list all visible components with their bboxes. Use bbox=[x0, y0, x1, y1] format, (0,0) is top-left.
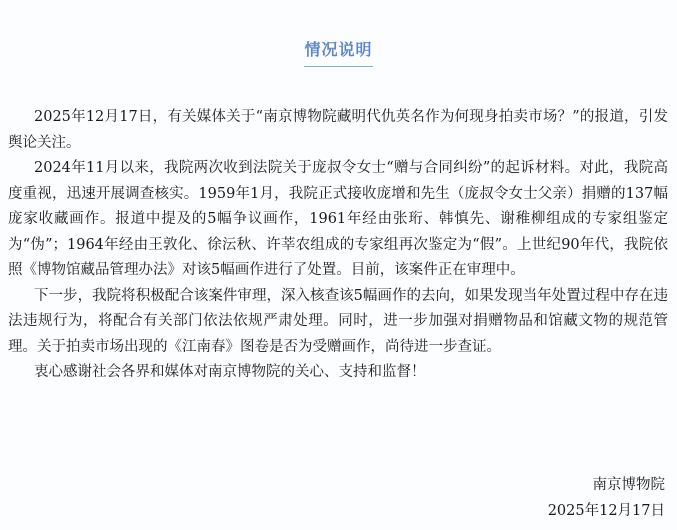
paragraph-thanks: 衷心感谢社会各界和媒体对南京博物院的关心、支持和监督！ bbox=[8, 360, 668, 386]
document-title: 情况说明 bbox=[304, 40, 372, 67]
paragraph-media-report: 2025年12月17日，有关媒体关于“南京博物院藏明代仇英名作为何现身拍卖市场？… bbox=[8, 105, 668, 156]
signature-organization: 南京博物院 bbox=[593, 473, 666, 498]
title-container: 情况说明 bbox=[0, 40, 677, 67]
paragraph-case-background: 2024年11月以来，我院两次收到法院关于庞叔令女士“赠与合同纠纷”的起诉材料。… bbox=[8, 156, 668, 284]
document-body: 2025年12月17日，有关媒体关于“南京博物院藏明代仇英名作为何现身拍卖市场？… bbox=[8, 105, 668, 386]
signature-date: 2025年12月17日 bbox=[548, 499, 665, 524]
paragraph-next-steps: 下一步，我院将积极配合该案件审理，深入核查该5幅画作的去向，如果发现当年处置过程… bbox=[8, 284, 668, 361]
